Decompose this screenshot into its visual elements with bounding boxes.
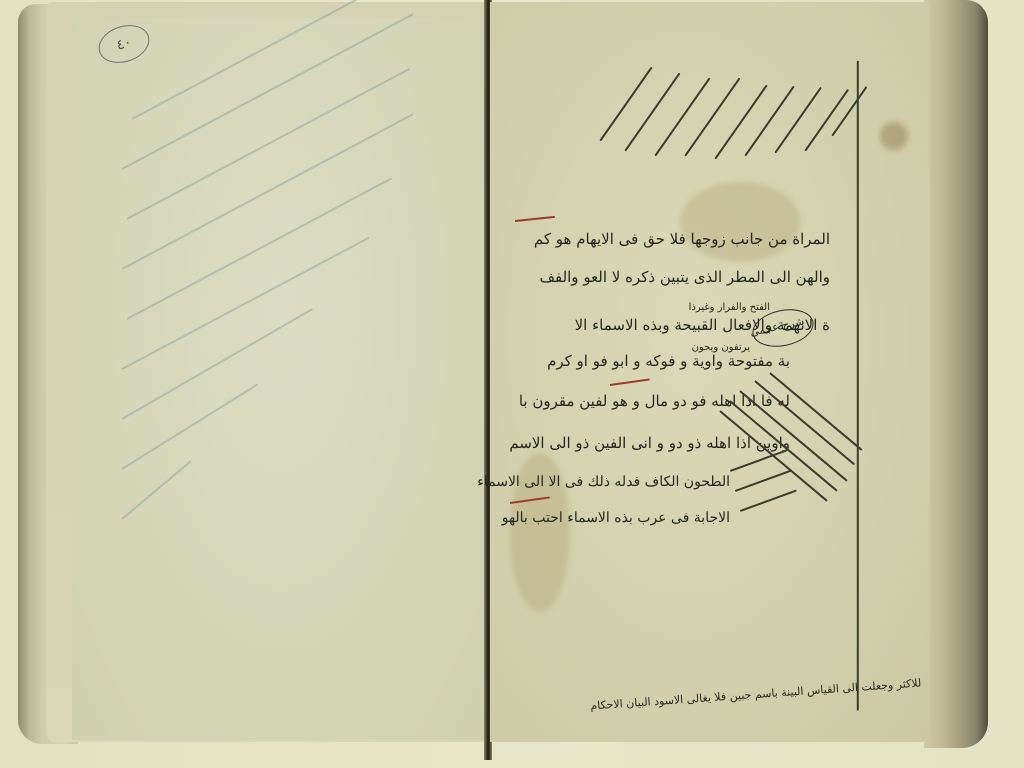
main-text-line: والهن الى المطر الذى يتبين ذكره لا العو …: [539, 268, 830, 286]
interlinear-note: الفتح والفرار وغيرذا: [689, 302, 770, 313]
bleed-through-line: [122, 13, 414, 170]
margin-notes-top: [600, 40, 900, 170]
main-text-line: بة مفتوحة واوية و فوكه و ابو فو او كرم: [547, 352, 790, 370]
bleed-through-line: [132, 0, 398, 120]
main-text-line: الاجابة فى عرب بذه الاسماء احتب بالهو: [502, 510, 730, 526]
main-text-line: المراة من جانب زوجها فلا حق فى الايهام ه…: [534, 230, 830, 248]
bleed-through-line: [122, 308, 314, 420]
right-page-stack-edge: [924, 0, 988, 748]
margin-notes-fan: [720, 370, 870, 550]
bleed-through-line: [122, 113, 414, 270]
left-page-flyleaf: [72, 18, 488, 740]
bleed-through-line: [121, 383, 258, 469]
bleed-through-line: [121, 460, 191, 519]
rubrication-mark: [610, 378, 650, 386]
main-text-line: الطحون الكاف فدله ذلك فى الا الى الاسماء: [477, 474, 730, 490]
rubrication-mark: [510, 496, 550, 504]
